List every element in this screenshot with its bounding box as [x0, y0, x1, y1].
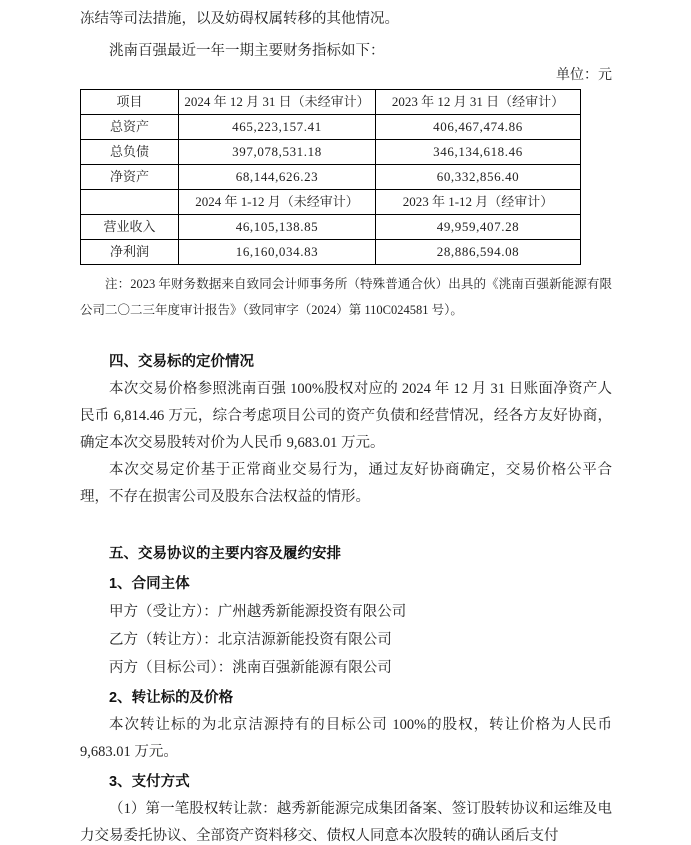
table-row-net-assets: 净资产 68,144,626.23 60,332,856.40 — [81, 165, 581, 190]
value-cell: 28,886,594.08 — [376, 240, 581, 265]
row-label-cell: 净资产 — [81, 165, 179, 190]
party-a-line: 甲方（受让方）：广州越秀新能源投资有限公司 — [80, 598, 612, 626]
table-row-revenue: 营业收入 46,105,138.85 49,959,407.28 — [81, 215, 581, 240]
table-row-total-assets: 总资产 465,223,157.41 406,467,474.86 — [81, 115, 581, 140]
section-4-heading: 四、交易标的定价情况 — [80, 349, 612, 376]
value-cell: 465,223,157.41 — [179, 115, 376, 140]
section-4-paragraph-1: 本次交易价格参照洮南百强 100%股权对应的 2024 年 12 月 31 日账… — [80, 376, 612, 457]
table-header-cell: 2024 年 12 月 31 日（未经审计） — [179, 90, 376, 115]
row-label-cell: 净利润 — [81, 240, 179, 265]
table-row-net-profit: 净利润 16,160,034.83 28,886,594.08 — [81, 240, 581, 265]
value-cell: 49,959,407.28 — [376, 215, 581, 240]
value-cell: 68,144,626.23 — [179, 165, 376, 190]
value-cell: 406,467,474.86 — [376, 115, 581, 140]
section-4-paragraph-2: 本次交易定价基于正常商业交易行为，通过友好协商确定，交易价格公平合理，不存在损害… — [80, 457, 612, 511]
section-5-sub-1-heading: 1、合同主体 — [80, 571, 612, 598]
row-label-cell: 营业收入 — [81, 215, 179, 240]
party-c-line: 丙方（目标公司）：洮南百强新能源有限公司 — [80, 654, 612, 682]
empty-cell — [81, 190, 179, 215]
document-page: 冻结等司法措施，以及妨碍权属转移的其他情况。 洮南百强最近一年一期主要财务指标如… — [0, 0, 691, 845]
unit-label: 单位：元 — [80, 65, 612, 87]
value-cell: 60,332,856.40 — [376, 165, 581, 190]
section-5-sub-3-heading: 3、支付方式 — [80, 769, 612, 796]
value-cell: 346,134,618.46 — [376, 140, 581, 165]
row-label-cell: 总负债 — [81, 140, 179, 165]
audit-footnote: 注：2023 年财务数据来自致同会计师事务所（特殊普通合伙）出具的《洮南百强新能… — [80, 271, 612, 323]
table-row-total-liabilities: 总负债 397,078,531.18 346,134,618.46 — [81, 140, 581, 165]
section-5-heading: 五、交易协议的主要内容及履约安排 — [80, 541, 612, 568]
section-5-sub-2-paragraph: 本次转让标的为北京洁源持有的目标公司 100%的股权，转让价格为人民币 9,68… — [80, 712, 612, 766]
section-5-sub-3-paragraph: （1）第一笔股权转让款：越秀新能源完成集团备案、签订股转协议和运维及电力交易委托… — [80, 796, 612, 845]
value-cell: 46,105,138.85 — [179, 215, 376, 240]
table-lead-text: 洮南百强最近一年一期主要财务指标如下： — [80, 38, 612, 65]
section-5-sub-2-heading: 2、转让标的及价格 — [80, 685, 612, 712]
row-label-cell: 总资产 — [81, 115, 179, 140]
financial-indicators-table: 项目 2024 年 12 月 31 日（未经审计） 2023 年 12 月 31… — [80, 89, 581, 265]
table-header-row: 项目 2024 年 12 月 31 日（未经审计） 2023 年 12 月 31… — [81, 90, 581, 115]
table-header-cell: 2023 年 1-12 月（经审计） — [376, 190, 581, 215]
intro-continuation-text: 冻结等司法措施，以及妨碍权属转移的其他情况。 — [80, 6, 612, 33]
table-header-cell: 2023 年 12 月 31 日（经审计） — [376, 90, 581, 115]
value-cell: 16,160,034.83 — [179, 240, 376, 265]
table-header-cell: 2024 年 1-12 月（未经审计） — [179, 190, 376, 215]
table-period-header-row: 2024 年 1-12 月（未经审计） 2023 年 1-12 月（经审计） — [81, 190, 581, 215]
party-b-line: 乙方（转让方）：北京洁源新能投资有限公司 — [80, 626, 612, 654]
value-cell: 397,078,531.18 — [179, 140, 376, 165]
table-header-cell: 项目 — [81, 90, 179, 115]
